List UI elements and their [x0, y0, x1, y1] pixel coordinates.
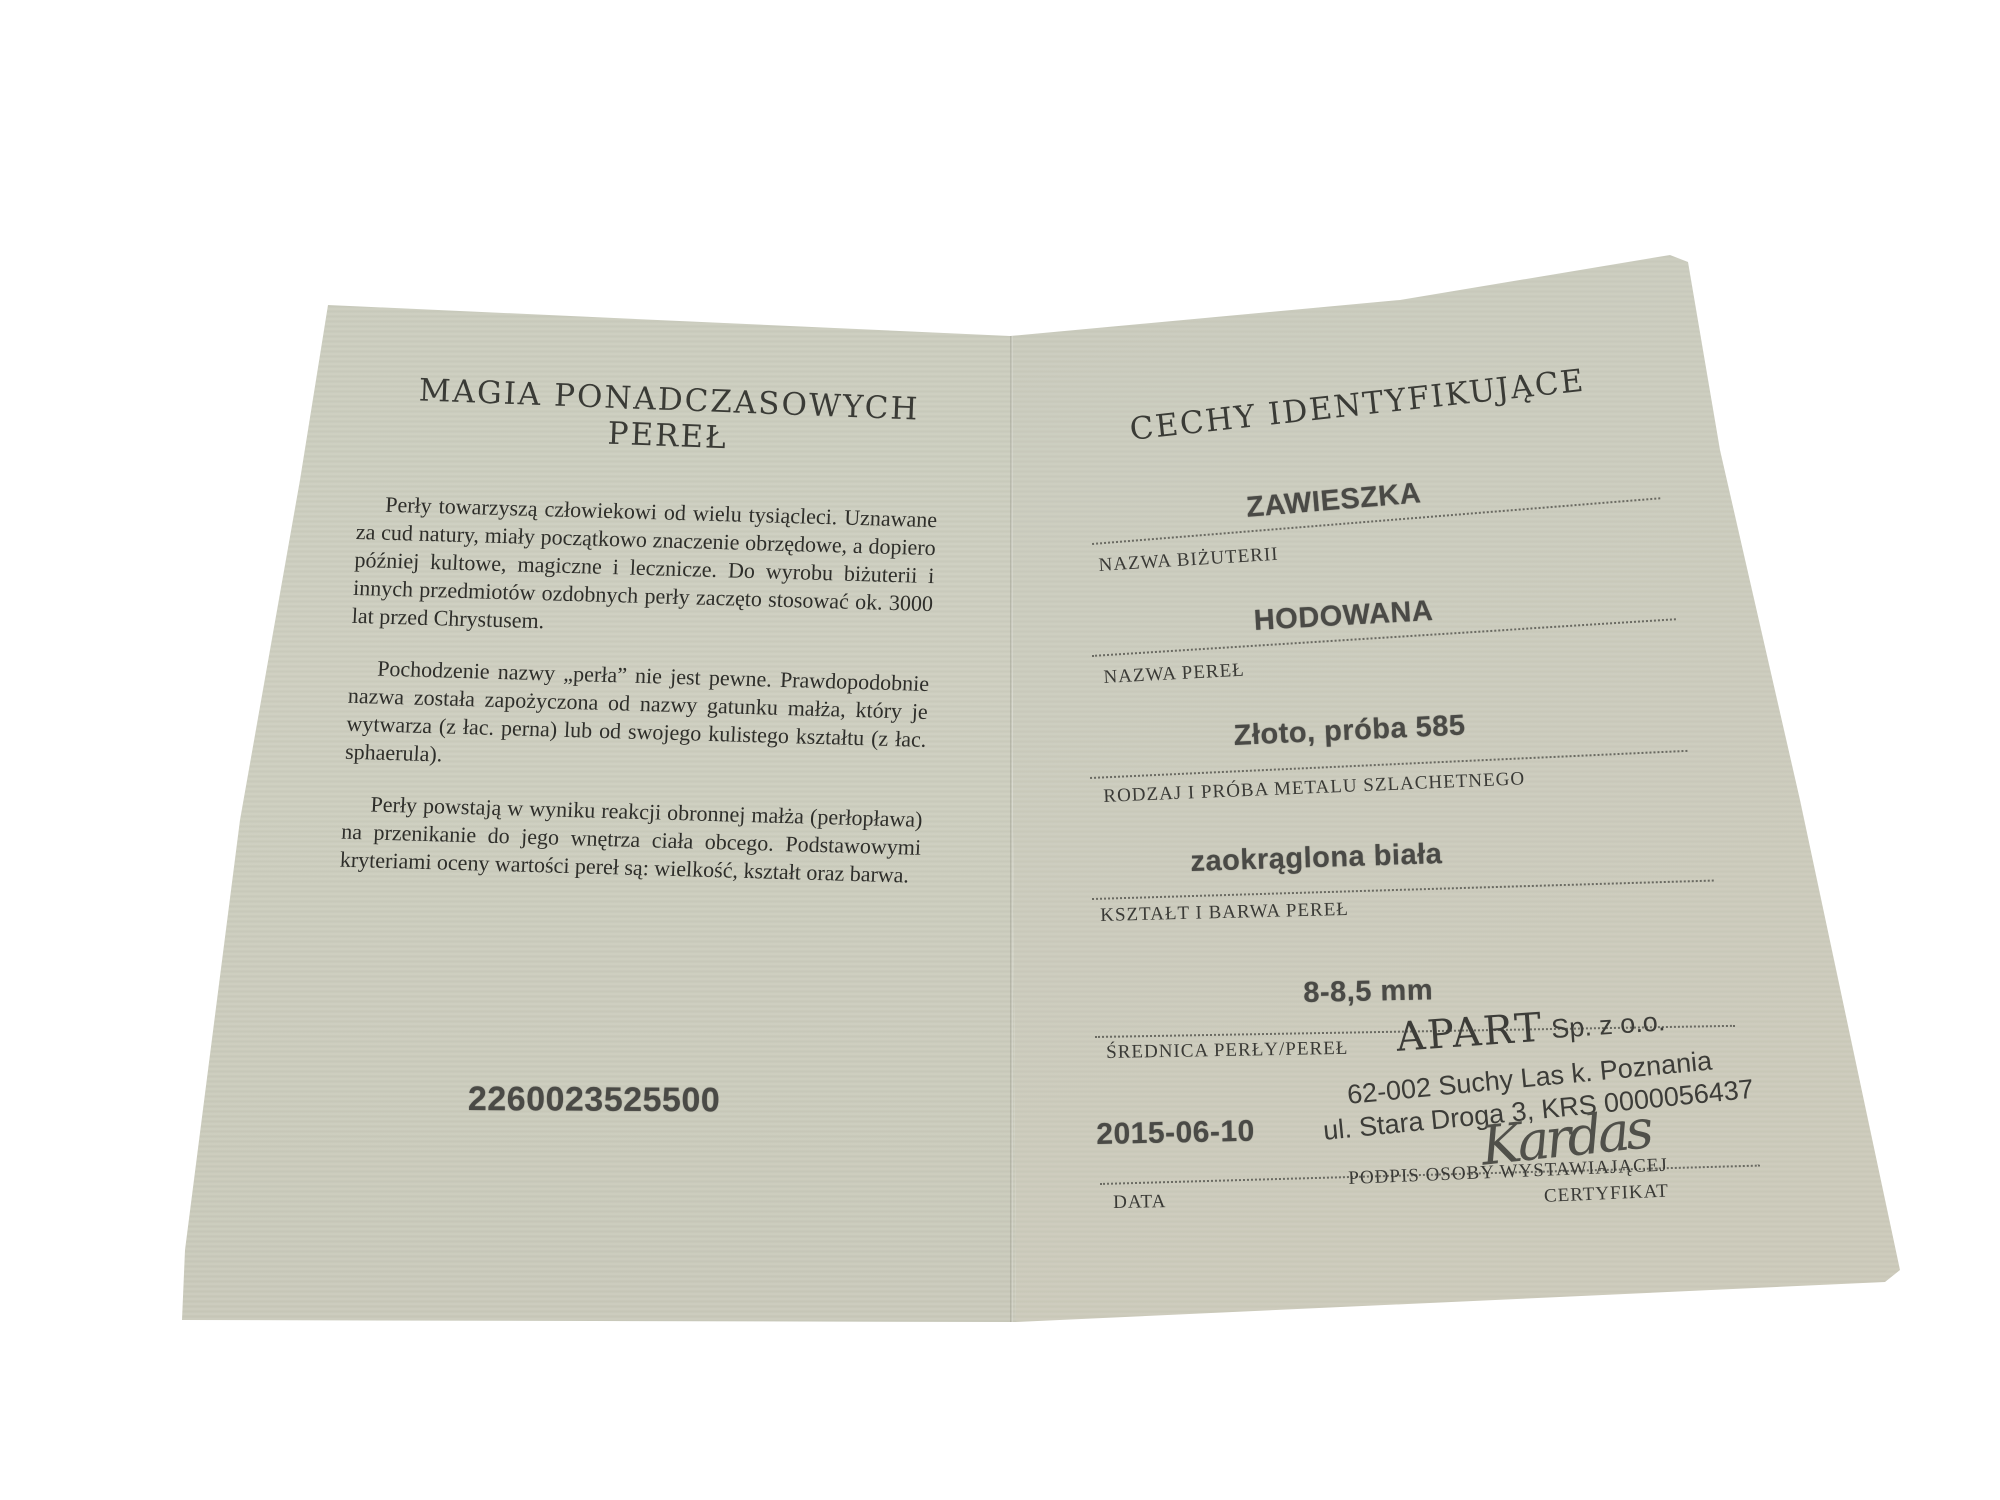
booklet-spine-fold — [1010, 336, 1013, 1322]
serial-number: 2260023525500 — [468, 1080, 721, 1120]
paragraph-history: Perły towarzyszą człowiekowi od wielu ty… — [351, 490, 938, 646]
date-label: DATA — [1113, 1191, 1167, 1214]
paragraph-formation: Perły powstają w wyniku reakcji obronnej… — [339, 790, 923, 890]
field-label-diameter: ŚREDNICA PERŁY/PEREŁ — [1106, 1038, 1349, 1064]
paragraph-etymology: Pochodzenie nazwy „perła” nie jest pewne… — [345, 654, 930, 782]
apart-logo: APART — [1395, 1008, 1545, 1058]
left-page-body: Perły towarzyszą człowiekowi od wielu ty… — [338, 490, 938, 914]
field-value-diameter: 8-8,5 mm — [1303, 974, 1433, 1010]
issue-date: 2015-06-10 — [1096, 1115, 1255, 1152]
